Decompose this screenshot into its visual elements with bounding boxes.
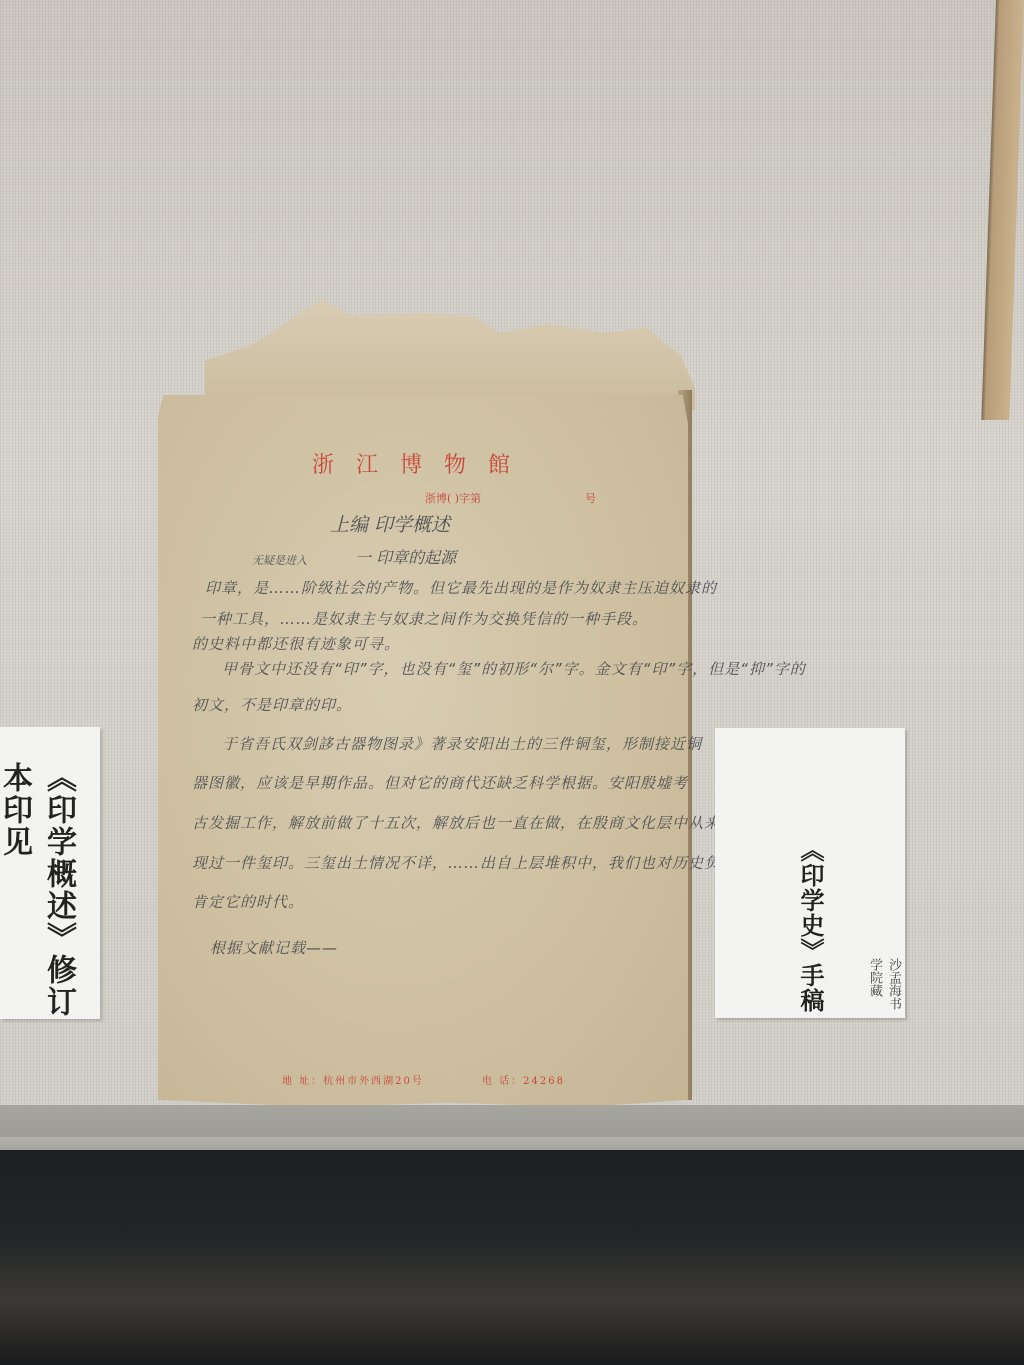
manuscript-line: 的史料中都还很有迹象可寻。 xyxy=(192,633,400,654)
exhibit-label-left: 《印学概述》修订本印见 xyxy=(0,727,100,1019)
manuscript-line: 印章，是……阶级社会的产物。但它最先出现的是作为奴隶主压迫奴隶的 xyxy=(205,577,717,598)
label-left-title: 《印学概述》修订本印见 xyxy=(0,762,80,1019)
label-right-collection: 沙孟海书学院藏 xyxy=(865,958,903,1018)
manuscript-chapter: 一 印章的起源 xyxy=(355,545,456,568)
display-case-base xyxy=(0,1150,1024,1365)
letterhead-doc-number: 浙博( )字第 xyxy=(425,490,481,506)
manuscript-line: 甲骨文中还没有“印”字，也没有“玺”的初形“尔”字。金文有“印”字，但是“抑”字… xyxy=(222,658,806,679)
manuscript-line: 古发掘工作，解放前做了十五次，解放后也一直在做，在殷商文化层中从来没有发 xyxy=(192,812,768,833)
manuscript-line: 现过一件玺印。三玺出土情况不详，……出自上层堆积中，我们也对历史负责，暂不 xyxy=(192,852,784,873)
manuscript-insert-note: 无疑是进入 xyxy=(252,552,307,568)
manuscript-line: 根据文献记载—— xyxy=(210,937,338,958)
letterhead-title: 浙江博物館 xyxy=(312,448,532,479)
display-shelf xyxy=(0,1105,1024,1150)
letterhead-doc-suffix: 号 xyxy=(585,490,596,506)
manuscript-line: 一种工具，……是奴隶主与奴隶之间作为交换凭信的一种手段。 xyxy=(200,608,648,629)
letterhead-address: 地 址：杭州市外西湖20号 xyxy=(282,1072,424,1087)
label-right-title: 《印学史》手稿 xyxy=(793,838,828,1013)
manuscript-line: 于省吾氏双剑誃古器物图录》著录安阳出土的三件铜玺，形制接近铜 xyxy=(222,733,702,754)
manuscript-line: 器图徽，应该是早期作品。但对它的商代还缺乏科学根据。安阳殷墟考 xyxy=(192,772,688,793)
exhibit-label-right: 《印学史》手稿 沙孟海书学院藏 xyxy=(715,728,905,1018)
manuscript-line: 肯定它的时代。 xyxy=(192,891,304,912)
manuscript-heading: 上编 印学概述 xyxy=(330,510,450,537)
manuscript-line: 初文，不是印章的印。 xyxy=(192,694,352,715)
letterhead-phone: 电 话：24268 xyxy=(482,1072,565,1087)
